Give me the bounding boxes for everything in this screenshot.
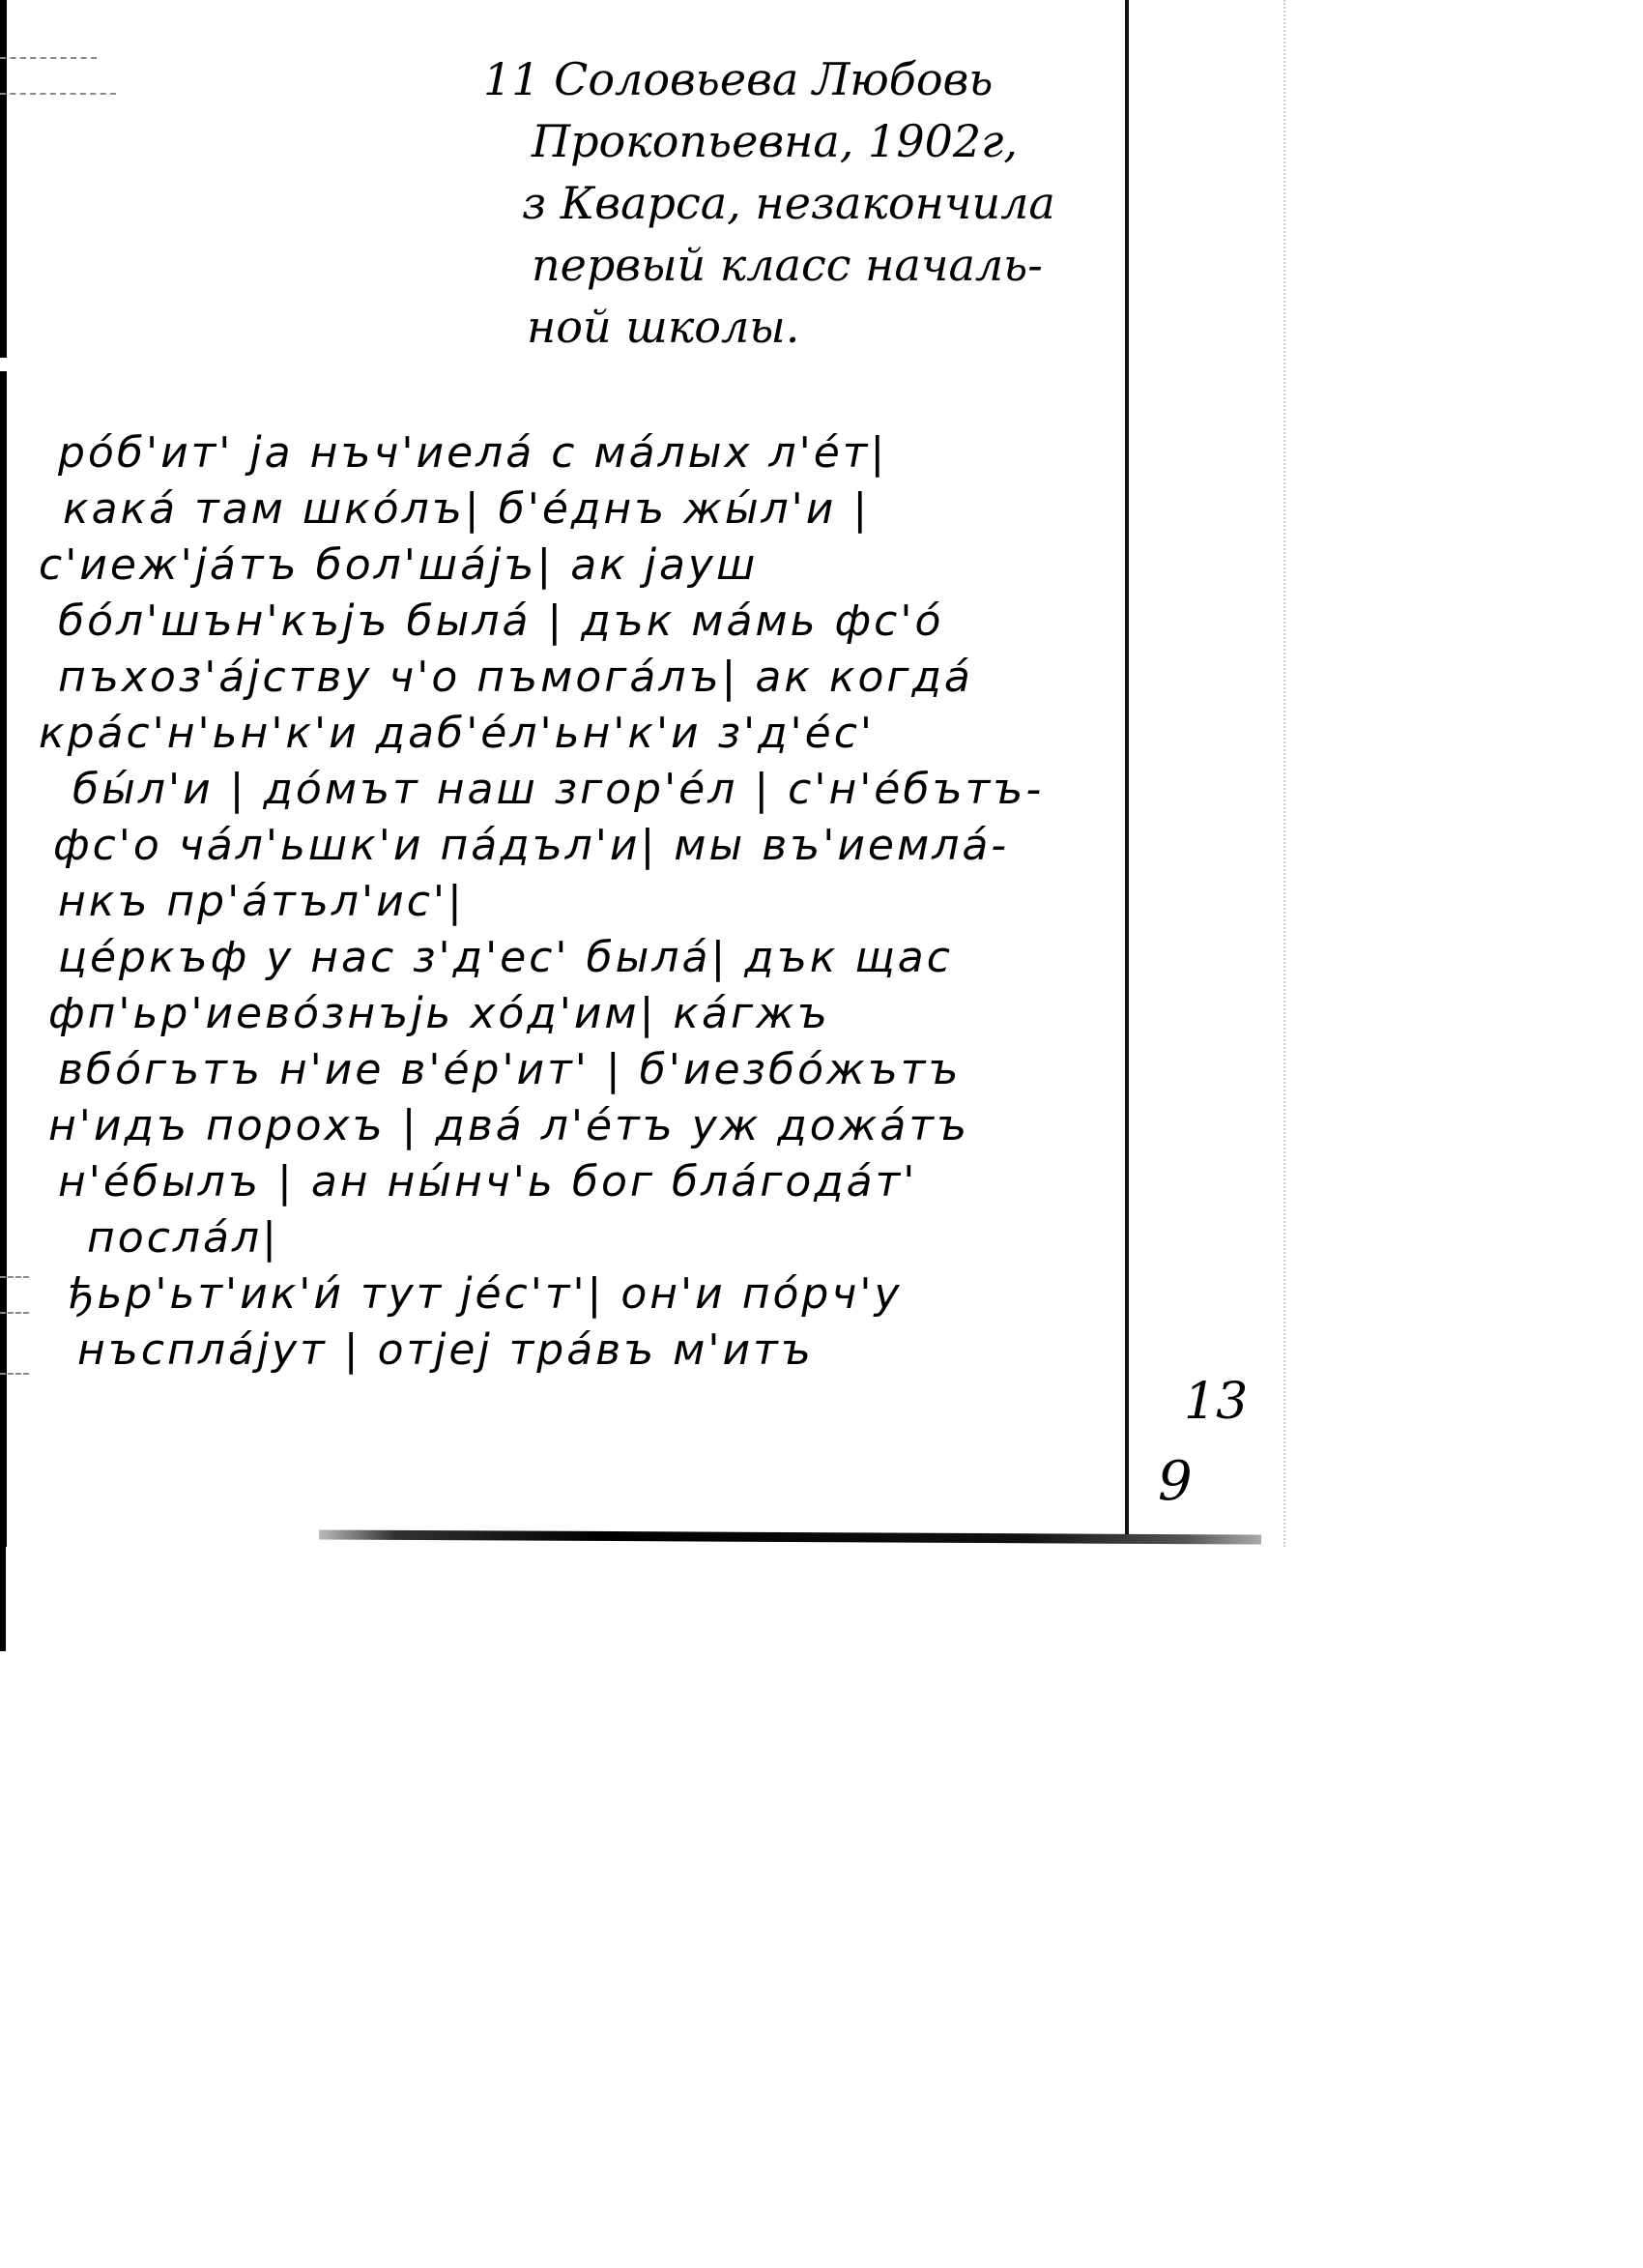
- header-line: 11 Соловьева Любовь: [483, 48, 1140, 110]
- page-number-9: 9: [1158, 1450, 1193, 1513]
- transcription-line: це́ркъф у нас з'д'ес' была́| дък щас: [39, 930, 1160, 986]
- transcription-line: фп'ьр'иево́знъјь хо́д'им| ка́гжъ: [39, 986, 1160, 1042]
- scan-left-edge-lower: [0, 1526, 6, 1651]
- transcription-line: с'иеж'ја́тъ бол'ша́јъ| ак јауш: [39, 538, 1160, 594]
- transcription-line: ђьр'ьт'ик'и́ тут је́с'т'| он'и по́рч'у: [39, 1266, 1160, 1323]
- scan-left-edge: [0, 0, 7, 1547]
- faint-dash: [0, 1276, 29, 1279]
- faint-dash: [0, 93, 116, 96]
- transcription-line: вбо́гътъ н'ие в'е́р'ит' | б'иезбо́жътъ: [39, 1042, 1160, 1098]
- page-number-13: 13: [1184, 1373, 1248, 1431]
- scan-left-edge-gap: [0, 358, 7, 371]
- transcription-body: ро́б'ит' ја нъч'иела́ с ма́лых л'е́т| ка…: [39, 425, 1160, 1379]
- transcription-line: ро́б'ит' ја нъч'иела́ с ма́лых л'е́т|: [39, 425, 1160, 481]
- transcription-line: пъхоз'а́јству ч'о пъмога́лъ| ак когда́: [39, 650, 1160, 706]
- header-line: з Кварса, незакончила: [483, 172, 1140, 234]
- transcription-line: кра́с'н'ьн'к'и даб'е́л'ьн'к'и з'д'е́с': [39, 706, 1160, 762]
- faint-dash: [0, 1373, 29, 1376]
- transcription-line: кака́ там шко́лъ| б'е́днъ жы́л'и |: [39, 481, 1160, 538]
- faint-dash: [0, 57, 97, 60]
- header-line: ной школы.: [483, 296, 1140, 358]
- bottom-smudged-rule: [319, 1529, 1261, 1544]
- faint-dotted-margin-line: [1283, 0, 1285, 1547]
- transcription-line: н'е́былъ | ан ны́нч'ь бог бла́года́т': [39, 1154, 1160, 1210]
- header-line: Прокопьевна, 1902г,: [483, 110, 1140, 172]
- document-header: 11 Соловьева Любовь Прокопьевна, 1902г, …: [483, 48, 1140, 358]
- transcription-line: нъспла́јут | отјеј тра́въ м'итъ: [39, 1323, 1160, 1379]
- transcription-line: нкъ пр'а́тъл'ис'|: [39, 874, 1160, 930]
- faint-dash: [0, 1312, 29, 1315]
- transcription-line: фс'о ча́л'ьшк'и па́дъл'и| мы въ'иемла́-: [39, 818, 1160, 874]
- transcription-line: бо́л'шън'къјъ была́ | дък ма́мь фс'о́: [39, 594, 1160, 650]
- header-line: первый класс началь-: [483, 234, 1140, 296]
- transcription-line: бы́л'и | до́мът наш згор'е́л | с'н'е́бът…: [39, 762, 1160, 818]
- transcription-line: н'идъ порохъ | два́ л'е́тъ уж дожа́тъ: [39, 1098, 1160, 1154]
- transcription-line: посла́л|: [39, 1210, 1160, 1266]
